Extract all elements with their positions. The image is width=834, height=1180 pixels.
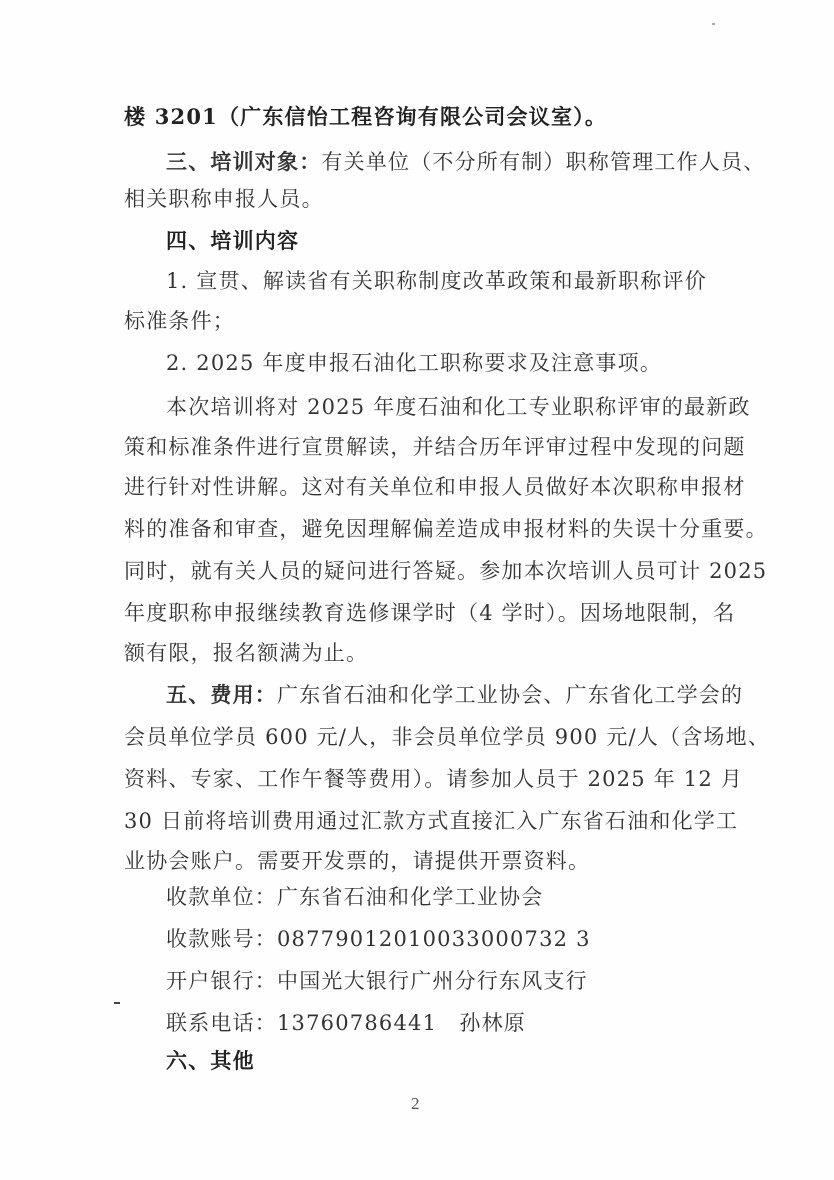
section-4-item-2: 2. 2025 年度申报石油化工职称要求及注意事项。	[166, 348, 662, 378]
scan-speck	[114, 1002, 120, 1004]
paragraph-line: 策和标准条件进行宣贯解读，并结合历年评审过程中发现的问题	[124, 432, 746, 462]
paragraph-line: 料的准备和审查，避免因理解偏差造成申报材料的失误十分重要。	[124, 514, 768, 544]
section-6-heading: 六、其他	[166, 1046, 255, 1076]
section-3-text: 有关单位（不分所有制）职称管理工作人员、	[321, 150, 765, 174]
contact-line: 联系电话：13760786441 孙林原	[166, 1008, 526, 1038]
scan-speck	[712, 23, 715, 25]
fee-line: 资料、专家、工作午餐等费用）。请参加人员于 2025 年 12 月	[124, 764, 743, 794]
section-5-label: 五、费用：	[166, 682, 277, 707]
section-3-continuation: 相关职称申报人员。	[124, 184, 324, 214]
fee-line: 会员单位学员 600 元/人，非会员单位学员 900 元/人（含场地、	[124, 722, 770, 752]
fee-line: 30 日前将培训费用通过汇款方式直接汇入广东省石油和化学工	[124, 806, 738, 836]
account-line: 收款账号：08779012010033000732 3	[166, 924, 591, 954]
paragraph-line: 本次培训将对 2025 年度石油和化工专业职称评审的最新政	[166, 392, 751, 422]
section-5-text: 广东省石油和化学工业协会、广东省化工学会的	[277, 683, 743, 707]
section-4-item-1: 1. 宣贯、解读省有关职称制度改革政策和最新职称评价	[166, 266, 707, 296]
bank-line: 开户银行：中国光大银行广州分行东风支行	[166, 966, 588, 996]
paragraph-line: 同时，就有关人员的疑问进行答疑。参加本次培训人员可计 2025	[124, 556, 767, 586]
section-5-line: 五、费用：广东省石油和化学工业协会、广东省化工学会的	[166, 680, 743, 710]
section-3-line: 三、培训对象：有关单位（不分所有制）职称管理工作人员、	[166, 147, 765, 177]
fee-line: 业协会账户。需要开发票的，请提供开票资料。	[124, 846, 590, 876]
payee-line: 收款单位：广东省石油和化学工业协会	[166, 882, 543, 912]
page-number: 2	[411, 1094, 420, 1114]
paragraph-line: 进行针对性讲解。这对有关单位和申报人员做好本次职称申报材	[124, 472, 746, 502]
section-3-label: 三、培训对象：	[166, 149, 321, 174]
section-4-item-1-continuation: 标准条件；	[124, 306, 235, 336]
paragraph-line: 年度职称申报继续教育选修课学时（4 学时）。因场地限制，名	[124, 598, 735, 628]
section-4-heading: 四、培训内容	[166, 226, 299, 256]
document-page: 楼 3201（广东信怡工程咨询有限公司会议室）。 三、培训对象：有关单位（不分所…	[0, 0, 834, 1180]
venue-line: 楼 3201（广东信怡工程咨询有限公司会议室）。	[124, 102, 607, 132]
paragraph-line: 额有限，报名额满为止。	[124, 638, 368, 668]
